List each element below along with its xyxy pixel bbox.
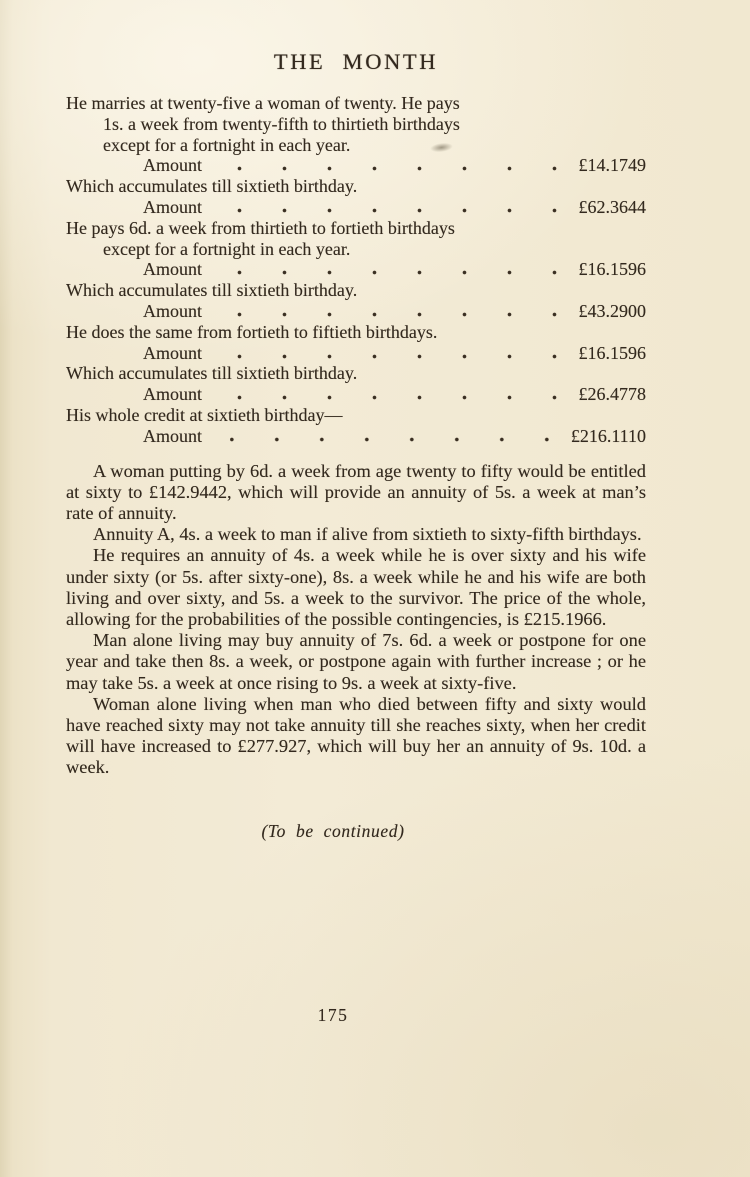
amount-label: Amount: [143, 155, 202, 176]
amount-value: £62.3644: [579, 197, 647, 218]
amount-row: Amount £26.4778: [66, 384, 646, 405]
ledger-line: except for a fortnight in each year.: [66, 135, 646, 156]
leader-dots: [230, 343, 569, 364]
body-paragraphs: A woman putting by 6d. a week from age t…: [66, 461, 646, 779]
amount-row: Amount £216.1110: [66, 426, 646, 447]
amount-label: Amount: [143, 259, 202, 280]
leader-dots: [230, 384, 569, 405]
amount-value: £14.1749: [579, 155, 647, 176]
amount-value: £26.4778: [579, 384, 647, 405]
amount-value: £43.2900: [579, 301, 647, 322]
ledger-line: He does the same from fortieth to fiftie…: [66, 322, 646, 343]
leader-dots: [230, 259, 569, 280]
ledger-line: He pays 6d. a week from thirtieth to for…: [66, 218, 646, 239]
amount-label: Amount: [143, 301, 202, 322]
paragraph: Man alone living may buy annuity of 7s. …: [66, 630, 646, 694]
leader-dots: [230, 197, 569, 218]
annuity-ledger: He marries at twenty-five a woman of twe…: [66, 93, 646, 447]
leader-dots: [230, 426, 562, 447]
amount-label: Amount: [143, 426, 202, 447]
ledger-line: His whole credit at sixtieth birthday—: [66, 405, 646, 426]
amount-value: £16.1596: [579, 259, 647, 280]
amount-row: Amount £14.1749: [66, 155, 646, 176]
amount-row: Amount £16.1596: [66, 343, 646, 364]
text-block: THE MONTH He marries at twenty-five a wo…: [66, 48, 646, 842]
page-title: THE MONTH: [66, 48, 646, 75]
amount-row: Amount £62.3644: [66, 197, 646, 218]
amount-label: Amount: [143, 384, 202, 405]
paragraph: A woman putting by 6d. a week from age t…: [66, 461, 646, 525]
continued-note: (To be continued): [66, 821, 600, 842]
ledger-line: 1s. a week from twenty-fifth to thirtiet…: [66, 114, 646, 135]
ledger-line: He marries at twenty-five a woman of twe…: [66, 93, 646, 114]
ledger-line: Which accumulates till sixtieth birthday…: [66, 280, 646, 301]
paragraph: Annuity A, 4s. a week to man if alive fr…: [66, 524, 646, 545]
amount-label: Amount: [143, 197, 202, 218]
ledger-line: Which accumulates till sixtieth birthday…: [66, 363, 646, 384]
ledger-line: except for a fortnight in each year.: [66, 239, 646, 260]
page-number: 175: [66, 1005, 600, 1026]
paragraph: Woman alone living when man who died bet…: [66, 694, 646, 779]
paragraph: He requires an annuity of 4s. a week whi…: [66, 545, 646, 630]
amount-value: £216.1110: [571, 426, 646, 447]
leader-dots: [230, 301, 569, 322]
amount-row: Amount £16.1596: [66, 259, 646, 280]
amount-row: Amount £43.2900: [66, 301, 646, 322]
amount-value: £16.1596: [579, 343, 647, 364]
leader-dots: [230, 155, 569, 176]
book-page: THE MONTH He marries at twenty-five a wo…: [0, 0, 750, 1177]
ledger-line: Which accumulates till sixtieth birthday…: [66, 176, 646, 197]
amount-label: Amount: [143, 343, 202, 364]
